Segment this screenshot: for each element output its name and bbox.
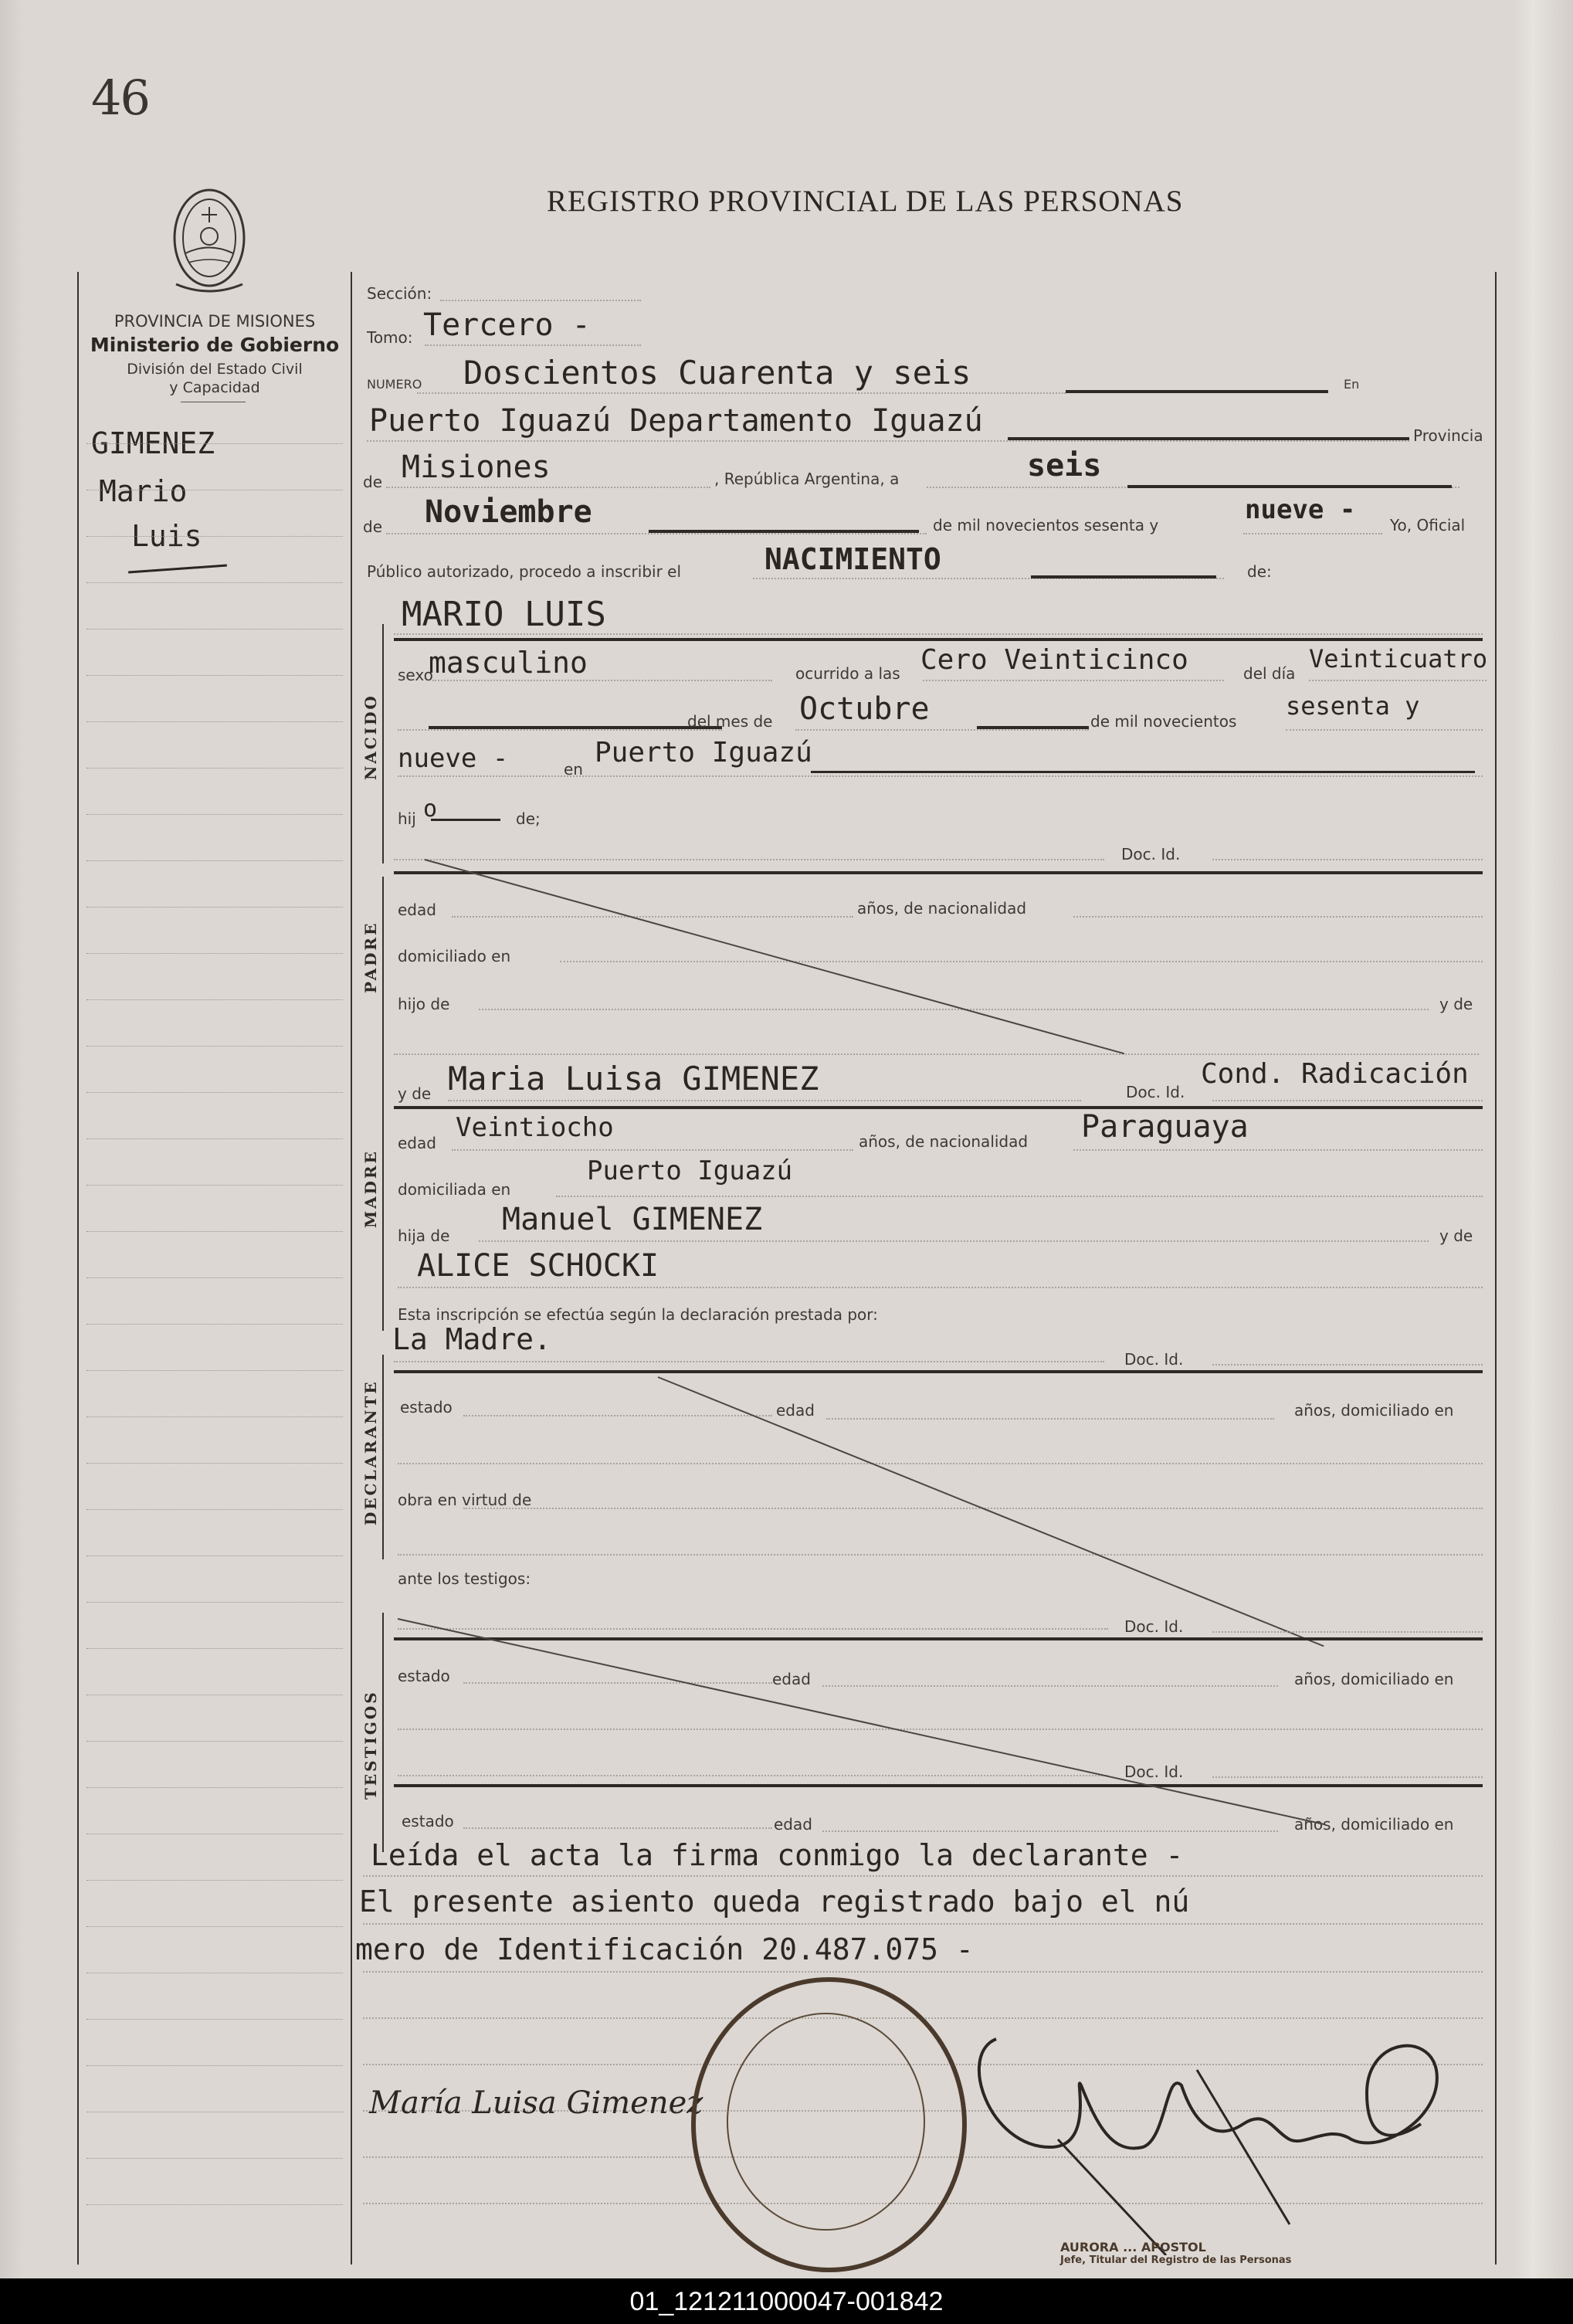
madre-edad-value: Veintiocho xyxy=(456,1112,614,1143)
sexo-field xyxy=(432,680,772,681)
oficial-label: Yo, Oficial xyxy=(1390,516,1465,534)
madre-madre-value: ALICE SCHOCKI xyxy=(417,1248,659,1284)
provincia-value: Misiones xyxy=(402,450,551,485)
numero-field xyxy=(417,392,1066,394)
tomo-field xyxy=(425,344,641,346)
declarante-domicilio-field xyxy=(398,1463,1483,1464)
madre-anios-label: años, de nacionalidad xyxy=(859,1132,1028,1151)
year-value: nueve - xyxy=(1245,494,1355,525)
madre-edad-label: edad xyxy=(398,1134,436,1152)
hijo-label: hij xyxy=(398,809,416,828)
month-field xyxy=(386,533,927,534)
section-divider-padre xyxy=(394,871,1483,874)
declaracion-field xyxy=(394,1361,1104,1362)
testigos-bracket xyxy=(382,1613,384,1852)
seccion-field xyxy=(440,300,641,301)
section-divider-declarante xyxy=(394,1370,1483,1373)
ocurrido-label: ocurrido a las xyxy=(795,664,900,683)
acto-fill-line xyxy=(1031,575,1216,578)
declarante-bracket xyxy=(382,1355,384,1559)
officer-stamp-line1: AURORA ... APOSTOL xyxy=(1060,2240,1291,2254)
closing-field1 xyxy=(363,1875,1483,1877)
month-fill-line xyxy=(649,530,919,533)
hora-field xyxy=(923,680,1224,681)
testigo2-estado-label: estado xyxy=(402,1812,454,1830)
section-label-declarante: DECLARANTE xyxy=(361,1379,380,1525)
padre-bracket xyxy=(382,877,384,1131)
madre-hija-de-label: hija de xyxy=(398,1226,449,1245)
nacido-doc-field xyxy=(1212,859,1483,860)
testigo1-name-field xyxy=(398,1628,1108,1630)
declarante-obra-label: obra en virtud de xyxy=(398,1491,531,1509)
anio-label: de mil novecientos xyxy=(1090,712,1236,731)
right-border xyxy=(1495,272,1497,2265)
madre-padre-field xyxy=(479,1240,1429,1242)
numero-value: Doscientos Cuarenta y seis xyxy=(463,354,971,392)
lugar-value: Puerto Iguazú xyxy=(595,737,812,768)
testigo1-anios-label: años, domiciliado en xyxy=(1294,1670,1453,1688)
nacido-bracket xyxy=(382,624,384,863)
padre-hijo-de-label: hijo de xyxy=(398,995,449,1013)
madre-nombre-value: Maria Luisa GIMENEZ xyxy=(448,1060,819,1098)
mes-value: Octubre xyxy=(799,691,930,727)
de-label: de xyxy=(363,473,382,491)
sexo-value: masculino xyxy=(429,646,588,680)
closing-line3: mero de Identificación 20.487.075 - xyxy=(355,1932,974,1966)
section-label-testigos: TESTIGOS xyxy=(361,1690,380,1800)
testigo1-edad-field xyxy=(822,1685,1278,1687)
testigo2-doc-label: Doc. Id. xyxy=(1124,1763,1183,1781)
declaracion-text: Esta inscripción se efectúa según la dec… xyxy=(398,1305,878,1324)
madre-nacionalidad-value: Paraguaya xyxy=(1081,1109,1249,1145)
madre-doc-label: Doc. Id. xyxy=(1126,1083,1185,1101)
registered-name-field xyxy=(394,633,1483,635)
declarante-strike-line xyxy=(658,1376,1324,1647)
place-field xyxy=(367,440,1409,442)
mes-fill-line xyxy=(977,726,1089,729)
division-line2: y Capacidad xyxy=(79,378,351,397)
padre-y-de-field xyxy=(394,1053,1479,1055)
testigo2-estado-field xyxy=(463,1827,772,1829)
tomo-label: Tomo: xyxy=(367,328,413,347)
de2-label: de xyxy=(363,517,382,536)
testigo2-doc-field xyxy=(1212,1776,1483,1778)
testigo-divider-1 xyxy=(394,1637,1483,1640)
testigos-strike-line xyxy=(398,1618,1325,1825)
dia-value: Veinticuatro xyxy=(1309,644,1487,673)
de-colon-label: de: xyxy=(1247,562,1272,581)
officer-stamp-text: AURORA ... APOSTOL Jefe, Titular del Reg… xyxy=(1060,2240,1291,2266)
document-page: 46 REGISTRO PROVINCIAL DE LAS PERSONAS P… xyxy=(0,0,1573,2278)
testigo2-name-field xyxy=(398,1775,1108,1776)
mes-label: del mes de xyxy=(687,712,772,731)
declaracion-doc-label: Doc. Id. xyxy=(1124,1350,1183,1369)
section-label-nacido: NACIDO xyxy=(361,694,380,780)
place-fill-line xyxy=(1008,437,1409,440)
seccion-label: Sección: xyxy=(367,284,432,303)
closing-field2 xyxy=(363,1923,1483,1925)
numero-label: NUMERO xyxy=(367,377,422,392)
margin-firstname: Mario xyxy=(99,474,187,508)
en-label: En xyxy=(1344,377,1359,392)
madre-madre-field xyxy=(398,1287,1483,1288)
lugar-field xyxy=(398,775,1483,777)
testigo1-domicilio-field xyxy=(398,1729,1483,1730)
testigo1-doc-label: Doc. Id. xyxy=(1124,1617,1183,1636)
madre-domicilio-field xyxy=(556,1196,1483,1197)
dia-field xyxy=(1309,680,1487,681)
acto-value: NACIMIENTO xyxy=(764,542,941,576)
padre-nacionalidad-field xyxy=(1073,916,1483,918)
hijo-fill-line xyxy=(431,819,500,821)
declarant-signature: María Luisa Gimenez xyxy=(369,2085,703,2121)
section-divider-madre xyxy=(394,1106,1483,1109)
declarante-obra-field xyxy=(463,1508,1483,1509)
dia-cont-fill-line xyxy=(429,726,722,729)
division-line1: División del Estado Civil xyxy=(79,360,351,378)
testigo1-edad-label: edad xyxy=(772,1670,811,1688)
provincia-field xyxy=(386,487,710,488)
lugar-fill-line xyxy=(811,771,1475,773)
anio-value-part2: nueve - xyxy=(398,743,508,774)
madre-edad-field xyxy=(452,1149,853,1151)
sexo-label: sexo xyxy=(398,666,433,684)
testigo-divider-2 xyxy=(394,1784,1483,1787)
left-margin-box: PROVINCIA DE MISIONES Ministerio de Gobi… xyxy=(77,272,352,2265)
seal-inner-ring xyxy=(727,2013,925,2231)
padre-hijo-de-field xyxy=(479,1009,1429,1010)
declarante-edad-label: edad xyxy=(776,1401,815,1420)
declaracion-value: La Madre. xyxy=(392,1322,551,1356)
dia-cont-field xyxy=(398,729,722,731)
provincia-label: Provincia xyxy=(1413,426,1483,445)
madre-bracket xyxy=(382,1095,384,1331)
padre-domicilio-label: domiciliado en xyxy=(398,947,510,965)
nacido-doc-label: Doc. Id. xyxy=(1121,845,1180,863)
madre-padre-value: Manuel GIMENEZ xyxy=(502,1202,762,1237)
padre-y-de-label: y de xyxy=(1439,995,1473,1013)
day-value: seis xyxy=(1027,448,1101,483)
declarante-edad-field xyxy=(826,1418,1274,1420)
madre-nacionalidad-field xyxy=(1073,1149,1483,1151)
publico-label: Público autorizado, procedo a inscribir … xyxy=(367,562,681,581)
madre-doc-value: Cond. Radicación xyxy=(1201,1058,1469,1090)
declarante-estado-field xyxy=(463,1415,772,1416)
section-label-madre: MADRE xyxy=(361,1149,380,1228)
declarante-obra-field2 xyxy=(398,1554,1483,1556)
hijo-de-label: de; xyxy=(516,809,541,828)
testigo1-estado-field xyxy=(463,1682,772,1684)
officer-signature-icon xyxy=(965,2024,1506,2255)
folio-number: 46 xyxy=(91,70,149,126)
declarante-anios-label: años, domiciliado en xyxy=(1294,1401,1453,1420)
official-seal-icon xyxy=(691,1977,967,2272)
testigo2-edad-field xyxy=(822,1830,1278,1832)
madre-y-de-label: y de xyxy=(398,1084,431,1103)
registered-name: MARIO LUIS xyxy=(402,595,606,634)
mes-field xyxy=(795,729,1089,731)
madre-doc-field xyxy=(1212,1100,1483,1101)
dia-label: del día xyxy=(1243,664,1295,683)
republica-label: , República Argentina, a xyxy=(714,470,899,488)
anio-field xyxy=(1286,729,1483,731)
year-field xyxy=(1243,533,1382,534)
madre-nombre-field xyxy=(448,1100,1081,1101)
margin-underline xyxy=(128,565,227,574)
anio-value-part1: sesenta y xyxy=(1286,691,1419,721)
division-header: División del Estado Civil y Capacidad xyxy=(79,360,351,397)
declarante-estado-label: estado xyxy=(400,1398,453,1416)
hora-value: Cero Veinticinco xyxy=(920,644,1188,676)
padre-domicilio-field xyxy=(560,961,1483,962)
closing-line1: Leída el acta la firma conmigo la declar… xyxy=(371,1838,1183,1872)
testigo2-edad-label: edad xyxy=(774,1815,812,1834)
day-fill-line xyxy=(1127,485,1452,488)
madre-domicilio-value: Puerto Iguazú xyxy=(587,1155,792,1186)
closing-field3 xyxy=(363,1971,1483,1973)
madre-domicilio-label: domiciliada en xyxy=(398,1180,510,1199)
page-title: REGISTRO PROVINCIAL DE LAS PERSONAS xyxy=(547,184,1183,219)
nacido-doc-field-left xyxy=(394,859,1104,860)
ministry-header: Ministerio de Gobierno xyxy=(79,334,351,356)
month-value: Noviembre xyxy=(425,494,592,530)
officer-stamp-line2: Jefe, Titular del Registro de las Person… xyxy=(1060,2254,1291,2266)
place-value: Puerto Iguazú Departamento Iguazú xyxy=(369,403,983,439)
closing-line2: El presente asiento queda registrado baj… xyxy=(359,1885,1189,1919)
year-label: de mil novecientos sesenta y xyxy=(933,516,1158,534)
image-caption: 01_121211000047-001842 xyxy=(0,2280,1573,2324)
padre-strike-line xyxy=(425,859,1124,1054)
section-label-padre: PADRE xyxy=(361,921,380,993)
province-header: PROVINCIA DE MISIONES xyxy=(79,312,351,331)
padre-edad-field xyxy=(452,916,853,918)
tomo-value: Tercero - xyxy=(423,307,591,343)
declaracion-doc-field xyxy=(1212,1364,1483,1366)
testigo1-estado-label: estado xyxy=(398,1667,450,1685)
padre-anios-label: años, de nacionalidad xyxy=(857,899,1026,918)
section-divider-nacido xyxy=(394,638,1483,641)
testigo1-doc-field xyxy=(1212,1631,1483,1633)
header-divider xyxy=(181,402,246,402)
testigo2-anios-label: años, domiciliado en xyxy=(1294,1815,1453,1834)
testigos-ante-label: ante los testigos: xyxy=(398,1569,531,1588)
madre-y-de-label2: y de xyxy=(1439,1226,1473,1245)
numero-fill-line xyxy=(1066,390,1328,393)
padre-edad-label: edad xyxy=(398,901,436,919)
